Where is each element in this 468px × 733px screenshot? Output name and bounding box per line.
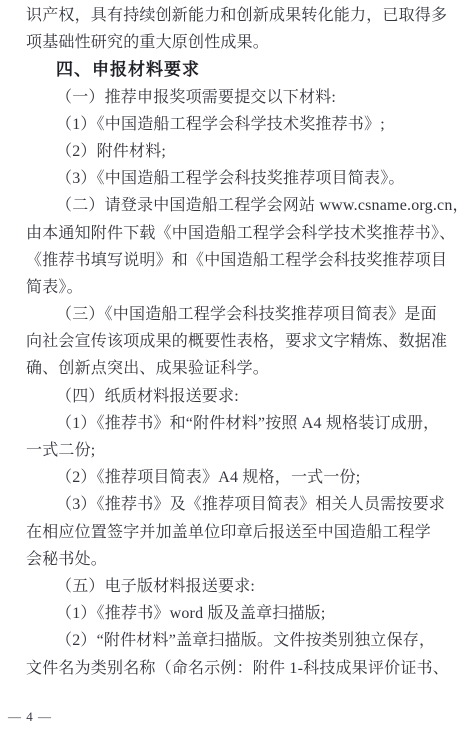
text-line: （2）附件材料;: [26, 138, 442, 165]
text-line: （四）纸质材料报送要求:: [26, 383, 442, 410]
text-line: （二）请登录中国造船工程学会网站 www.csname.org.cn，: [26, 192, 442, 219]
document-page: 识产权，具有持续创新能力和创新成果转化能力，已取得多项基础性研究的重大原创性成果…: [0, 0, 468, 733]
text-line: （3）《推荐书》及《推荐项目简表》相关人员需按要求: [26, 491, 442, 518]
text-line: 项基础性研究的重大原创性成果。: [26, 29, 442, 56]
text-line: （1）《中国造船工程学会科学技术奖推荐书》;: [26, 111, 442, 138]
page-number: — 4 —: [8, 709, 52, 725]
text-line: （2）“附件材料”盖章扫描版。文件按类别独立保存，: [26, 627, 442, 654]
text-line: （三）《中国造船工程学会科技奖推荐项目简表》是面: [26, 301, 442, 328]
text-line: 会秘书处。: [26, 546, 442, 573]
text-line: 在相应位置签字并加盖单位印章后报送至中国造船工程学: [26, 519, 442, 546]
text-line: 向社会宣传该项成果的概要性表格，要求文字精炼、数据准: [26, 328, 442, 355]
section-heading: 四、申报材料要求: [26, 56, 442, 83]
text-line: 文件名为类别名称（命名示例：附件 1-科技成果评价证书、: [26, 655, 442, 682]
text-line: 识产权，具有持续创新能力和创新成果转化能力，已取得多: [26, 2, 442, 29]
text-line: 一式二份;: [26, 437, 442, 464]
text-line: 确、创新点突出、成果验证科学。: [26, 355, 442, 382]
text-line: （五）电子版材料报送要求:: [26, 573, 442, 600]
document-body: 识产权，具有持续创新能力和创新成果转化能力，已取得多项基础性研究的重大原创性成果…: [26, 2, 442, 682]
text-line: 简表》。: [26, 274, 442, 301]
text-line: 《推荐书填写说明》和《中国造船工程学会科技奖推荐项目: [26, 247, 442, 274]
text-line: 由本通知附件下载《中国造船工程学会科学技术奖推荐书》、: [26, 220, 442, 247]
text-line: （一）推荐申报奖项需要提交以下材料:: [26, 84, 442, 111]
text-line: （3）《中国造船工程学会科技奖推荐项目简表》。: [26, 165, 442, 192]
text-line: （2）《推荐项目简表》A4 规格，一式一份;: [26, 464, 442, 491]
text-line: （1）《推荐书》和“附件材料”按照 A4 规格装订成册，: [26, 410, 442, 437]
text-line: （1）《推荐书》word 版及盖章扫描版;: [26, 600, 442, 627]
